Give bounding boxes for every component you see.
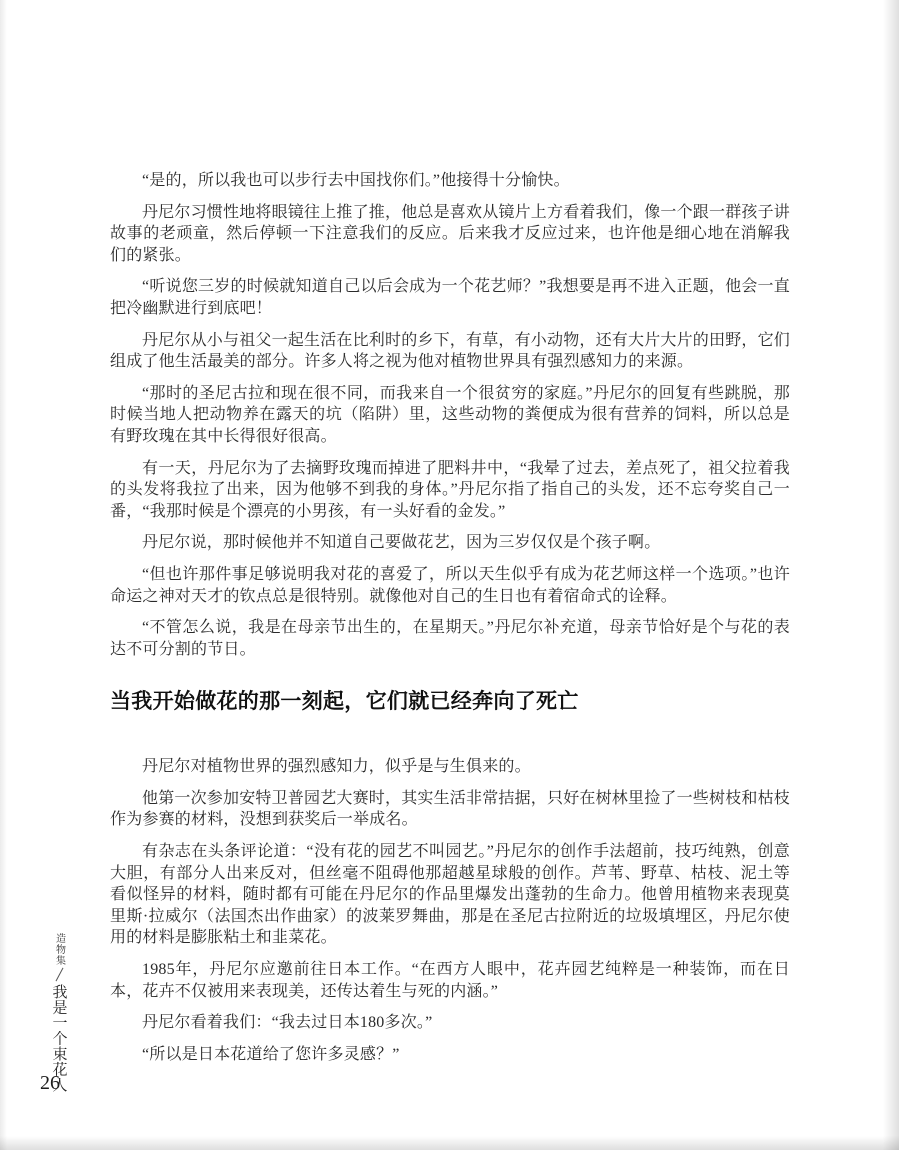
paragraph: 丹尼尔习惯性地将眼镜往上推了推，他总是喜欢从镜片上方看着我们，像一个跟一群孩子讲… [110, 202, 790, 267]
spine-divider [53, 968, 66, 981]
paragraph: “听说您三岁的时候就知道自己以后会成为一个花艺师？”我想要是再不进入正题，他会一… [110, 276, 790, 319]
paragraph: “是的，所以我也可以步行去中国找你们。”他接得十分愉快。 [110, 170, 790, 192]
paragraph: “所以是日本花道给了您许多灵感？” [110, 1044, 790, 1066]
paragraph: 他第一次参加安特卫普园艺大赛时，其实生活非常拮据，只好在树林里捡了一些树枝和枯枝… [110, 788, 790, 831]
page-edge-shading [0, 0, 7, 1150]
paragraph: 丹尼尔对植物世界的强烈感知力，似乎是与生俱来的。 [110, 756, 790, 778]
section-heading: 当我开始做花的那一刻起，它们就已经奔向了死亡 [110, 686, 790, 716]
paragraph: 有一天，丹尼尔为了去摘野玫瑰而掉进了肥料井中，“我晕了过去，差点死了，祖父拉着我… [110, 458, 790, 523]
paragraph: “不管怎么说，我是在母亲节出生的，在星期天。”丹尼尔补充道，母亲节恰好是个与花的… [110, 617, 790, 660]
spine-series-title: 造物集 [52, 933, 67, 966]
paragraph: “那时的圣尼古拉和现在很不同，而我来自一个很贫穷的家庭。”丹尼尔的回复有些跳脱，… [110, 383, 790, 448]
paragraph: 丹尼尔说，那时候他并不知道自己要做花艺，因为三岁仅仅是个孩子啊。 [110, 532, 790, 554]
spine-text-block: 造物集 我是一个束花人 [44, 933, 74, 1093]
page-number: 26 [40, 1072, 60, 1095]
paragraph: “但也许那件事足够说明我对花的喜爱了，所以天生似乎有成为花艺师这样一个选项。”也… [110, 564, 790, 607]
paragraph: 有杂志在头条评论道：“没有花的园艺不叫园艺。”丹尼尔的创作手法超前，技巧纯熟，创… [110, 841, 790, 949]
paragraph: 丹尼尔看着我们：“我去过日本180多次。” [110, 1012, 790, 1034]
book-page: “是的，所以我也可以步行去中国找你们。”他接得十分愉快。 丹尼尔习惯性地将眼镜往… [0, 0, 899, 1150]
article-text: “是的，所以我也可以步行去中国找你们。”他接得十分愉快。 丹尼尔习惯性地将眼镜往… [110, 170, 790, 1075]
paragraph: 丹尼尔从小与祖父一起生活在比利时的乡下，有草，有小动物，还有大片大片的田野，它们… [110, 330, 790, 373]
paragraph: 1985年，丹尼尔应邀前往日本工作。“在西方人眼中，花卉园艺纯粹是一种装饰，而在… [110, 959, 790, 1002]
